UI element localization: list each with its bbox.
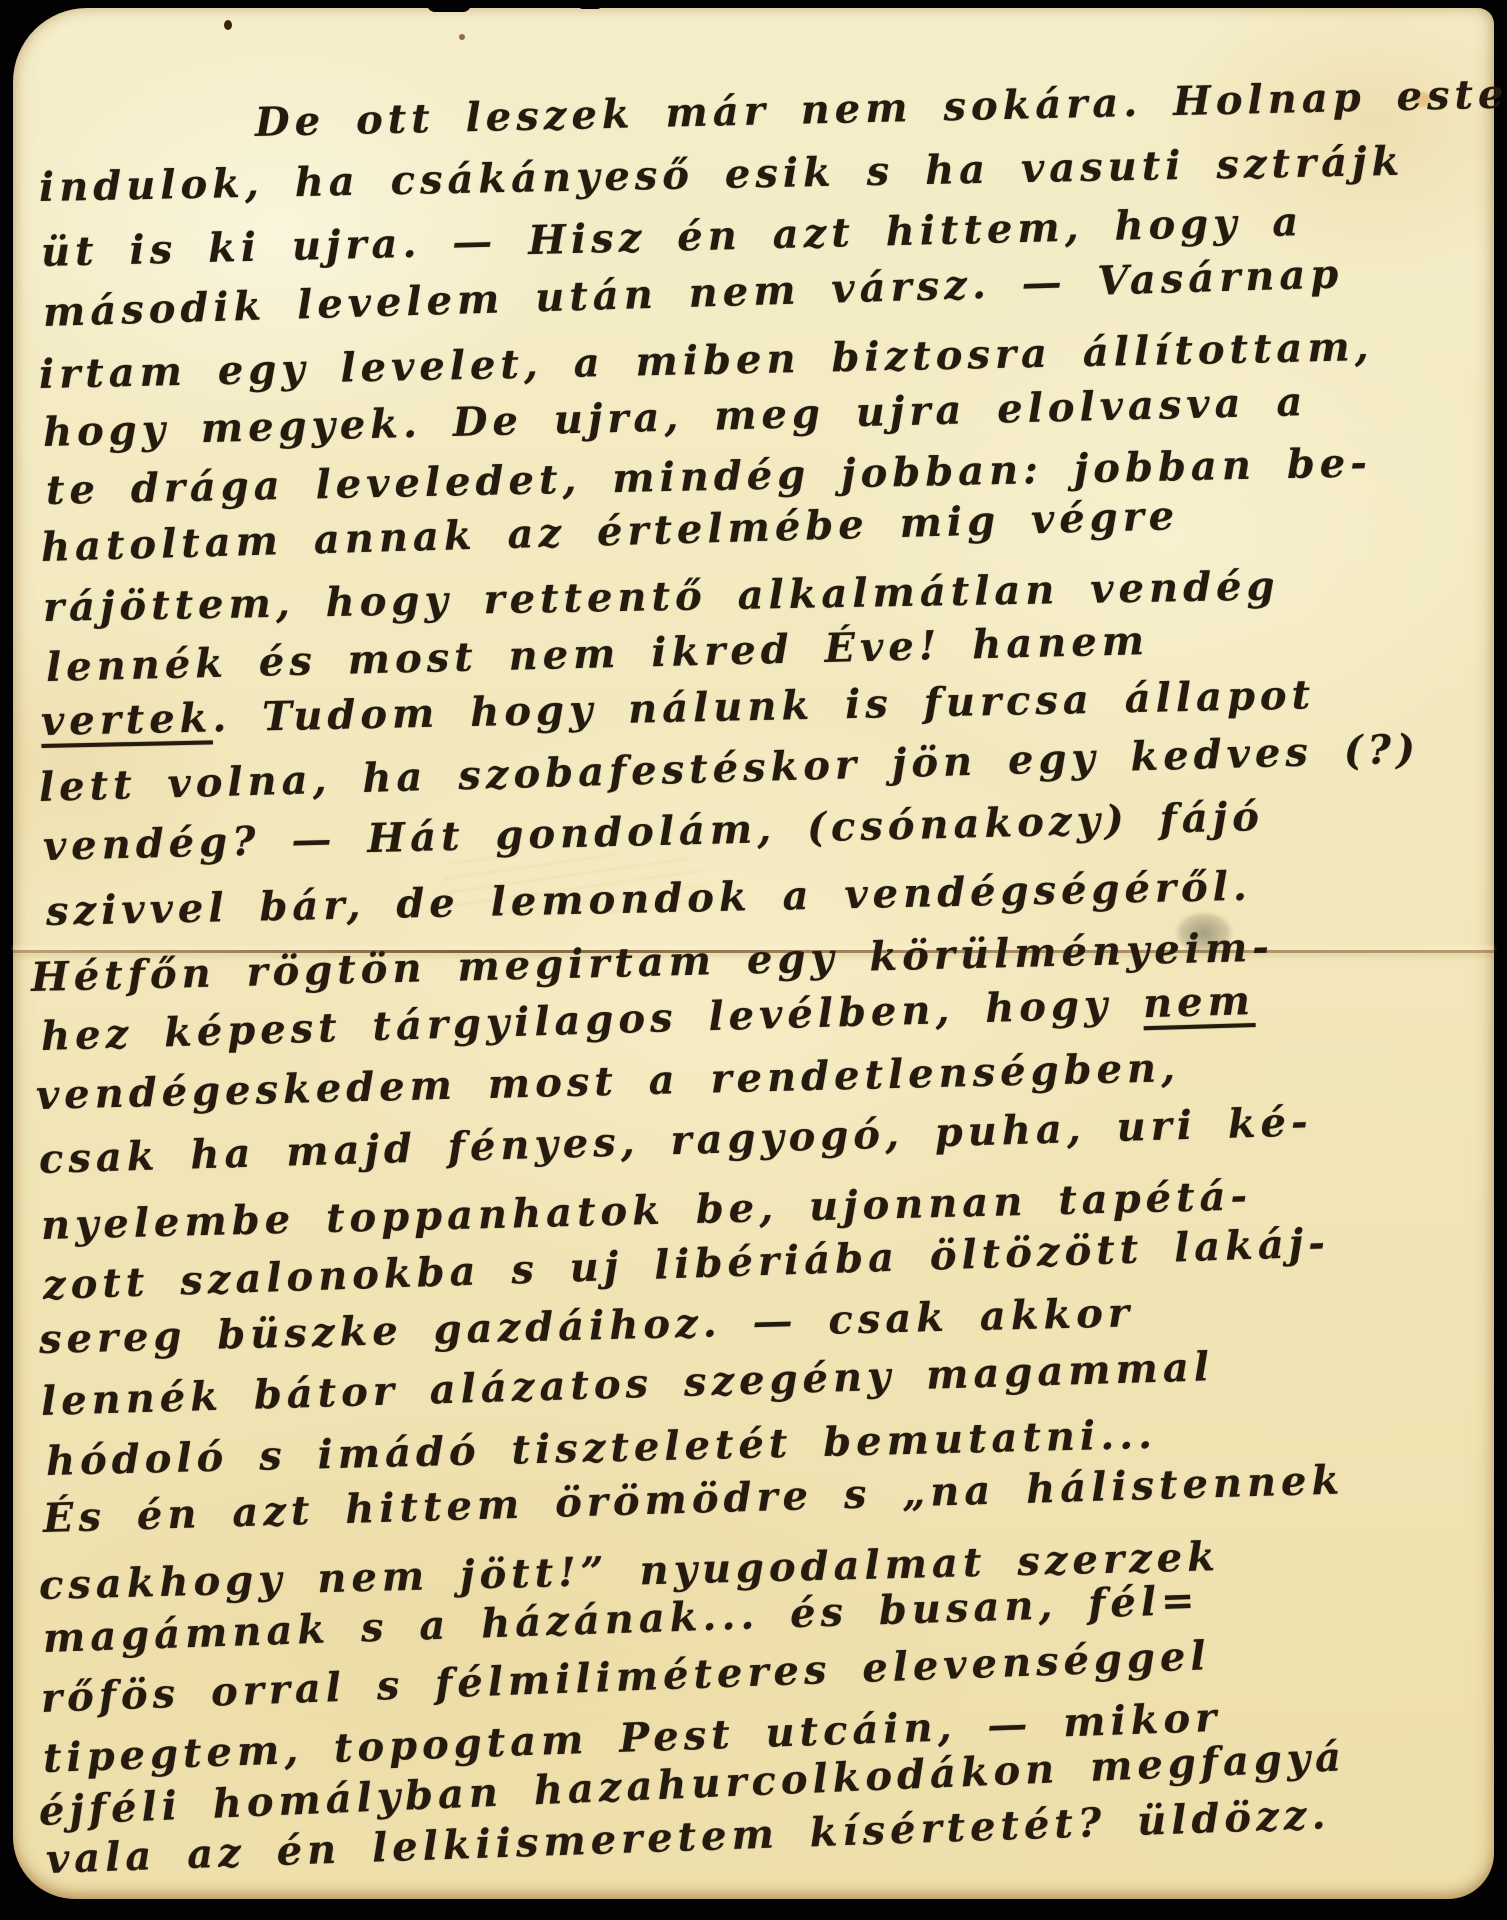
scanner-edge-mark [427,0,471,12]
handwriting-line: szivvel bár, de lemondok a vendégségéről… [45,863,1252,936]
handwriting-line: De ott leszek már nem sokára. Holnap est… [254,71,1507,147]
scan-background: De ott leszek már nem sokára. Holnap est… [0,0,1507,1920]
letter-paper: De ott leszek már nem sokára. Holnap est… [13,8,1494,1899]
scanner-edge-mark [577,0,603,9]
letter-body: De ott leszek már nem sokára. Holnap est… [13,8,1494,1899]
